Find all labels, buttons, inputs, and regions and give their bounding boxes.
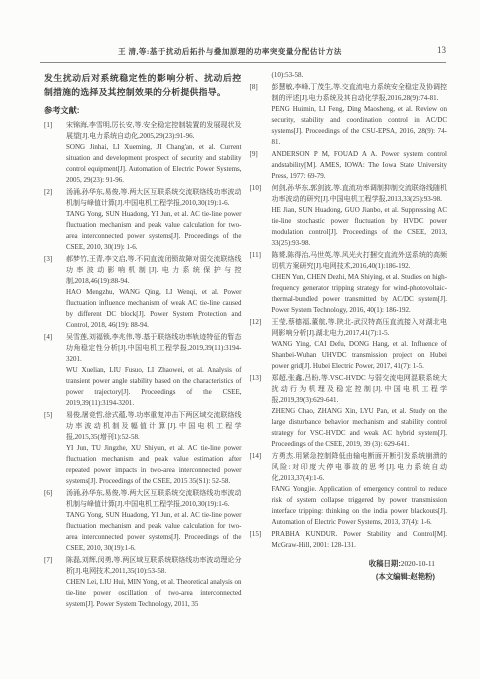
reference-line: 陈磊,刘辉,闵勇,等.两区域互联系统联络线功率波动理论分析[J].电网技术,20…	[66, 555, 242, 577]
reference-text: (10):53-58.	[272, 70, 448, 81]
running-head: 王 清,等:基于扰动后拓扑与叠加原理的功率突变量分配估计方法 13	[40, 46, 446, 60]
reference-text: 陈磊,刘辉,闵勇,等.两区域互联系统联络线功率波动理论分析[J].电网技术,20…	[66, 555, 242, 610]
reference-number: [14]	[250, 451, 272, 462]
reference-item: [4]吴雪莲,刘福锁,李兆伟,等.基于联络线功率轨迹特征的暂态功角稳定性分析[J…	[44, 332, 242, 409]
reference-line: 汤涌,孙华东,易俊,等.两大区互联系统交流联络线功率波动机制与峰值计算[J].中…	[66, 488, 242, 510]
reference-number: [2]	[44, 187, 66, 198]
reference-text: 易俊,屠竞哲,徐式蕴,等.功率重复冲击下两区域交流联络线功率波动机制及幅值计算[…	[66, 410, 242, 487]
header-rule	[40, 62, 446, 63]
reference-item: [6]汤涌,孙华东,易俊,等.两大区互联系统交流联络线功率波动机制与峰值计算[J…	[44, 488, 242, 554]
reference-item: [14]方勇杰.用紧急控制降低由输电断面开断引发系统崩溃的风险:对印度大停电事故…	[250, 451, 448, 528]
reference-line: SONG Jinhai, LI Xueming, JI Chang'an, et…	[66, 142, 242, 186]
reference-line: YI Jun, TU Jingzhe, XU Shiyun, et al. AC…	[66, 443, 242, 487]
reference-number: [15]	[250, 529, 272, 540]
reference-number: [4]	[44, 332, 66, 343]
reference-line: 汤涌,孙华东,易俊,等.两大区互联系统交流联络线功率波动机制与峰值计算[J].中…	[66, 187, 242, 209]
reference-item: (10):53-58.	[250, 70, 448, 81]
reference-text: 汤涌,孙华东,易俊,等.两大区互联系统交流联络线功率波动机制与峰值计算[J].中…	[66, 488, 242, 554]
reference-text: PRABHA KUNDUR. Power Stability and Contr…	[272, 529, 448, 551]
reference-item: [1]宋锦海,李雪明,厉长安,等.安全稳定控制装置的发展现状及展望[J].电力系…	[44, 120, 242, 186]
reference-text: 陈赟,陈得治,马世英,等.风光火打捆交直流外送系统的高频切机方案研究[J].电网…	[272, 250, 448, 316]
reference-item: [7]陈磊,刘辉,闵勇,等.两区域互联系统联络线功率波动理论分析[J].电网技术…	[44, 555, 242, 610]
received-date-line: 收稿日期:2020-10-11	[250, 557, 436, 570]
reference-line: 郑超,张鑫,吕盼,等.VSC-HVDC 与弱交流电网混联系统大扰动行为机理及稳定…	[272, 373, 448, 406]
reference-line: (10):53-58.	[272, 70, 448, 81]
reference-line: HAO Mengzhu, WANG Qing, LI Wenqi, et al.…	[66, 287, 242, 331]
reference-item: [9]ANDERSON P M, FOUAD A A. Power system…	[250, 149, 448, 182]
editor-note: (本文编辑:赵艳粉)	[250, 570, 436, 583]
reference-text: 王莹,蔡德福,董航,等.陕北-武汉特高压直流接入对湖北电网影响分析[J].湖北电…	[272, 317, 448, 372]
reference-line: WU Xuelian, LIU Fusuo, LI Zhaowei, et al…	[66, 365, 242, 409]
references-list-right: (10):53-58.[8]彭慧敏,李峰,丁茂生,等.交直流电力系统安全稳定及协…	[250, 70, 448, 551]
reference-line: 郝梦竹,王青,李文启,等.不同直流闭锁故障对弱交流联络线功率波动影响机制[J].…	[66, 254, 242, 287]
reference-text: 郑超,张鑫,吕盼,等.VSC-HVDC 与弱交流电网混联系统大扰动行为机理及稳定…	[272, 373, 448, 450]
article-footer: 收稿日期:2020-10-11 (本文编辑:赵艳粉)	[250, 557, 448, 583]
page-number: 13	[437, 45, 446, 55]
reference-text: 彭慧敏,李峰,丁茂生,等.交直流电力系统安全稳定及协调控制的评述[J].电力系统…	[272, 82, 448, 148]
reference-number: [12]	[250, 317, 272, 328]
reference-line: 宋锦海,李雪明,厉长安,等.安全稳定控制装置的发展现状及展望[J].电力系统自动…	[66, 120, 242, 142]
reference-text: 汤涌,孙华东,易俊,等.两大区互联系统交流联络线功率波动机制与峰值计算[J].中…	[66, 187, 242, 253]
received-date-label: 收稿日期:	[369, 559, 401, 568]
reference-number: [9]	[250, 149, 272, 160]
reference-number: [10]	[250, 183, 272, 194]
reference-item: [10]何剑,孙华东,郭剑波,等.直流功率调制抑制交流联络线随机功率波动的研究[…	[250, 183, 448, 249]
reference-item: [13]郑超,张鑫,吕盼,等.VSC-HVDC 与弱交流电网混联系统大扰动行为机…	[250, 373, 448, 450]
reference-number: [6]	[44, 488, 66, 499]
reference-number: [11]	[250, 250, 272, 261]
left-column: 发生扰动后对系统稳定性的影响分析、扰动后控制措施的选择及其控制效果的分析提供指导…	[44, 70, 242, 679]
reference-item: [8]彭慧敏,李峰,丁茂生,等.交直流电力系统安全稳定及协调控制的评述[J].电…	[250, 82, 448, 148]
reference-item: [2]汤涌,孙华东,易俊,等.两大区互联系统交流联络线功率波动机制与峰值计算[J…	[44, 187, 242, 253]
reference-item: [15]PRABHA KUNDUR. Power Stability and C…	[250, 529, 448, 551]
reference-number: [8]	[250, 82, 272, 93]
reference-line: CHEN Lei, LIU Hui, MIN Yong, et al. Theo…	[66, 577, 242, 610]
reference-line: CHEN Yun, CHEN Dezhi, MA Shiying, et al.…	[272, 272, 448, 316]
reference-text: ANDERSON P M, FOUAD A A. Power system co…	[272, 149, 448, 182]
reference-number: [3]	[44, 254, 66, 265]
reference-text: 方勇杰.用紧急控制降低由输电断面开断引发系统崩溃的风险:对印度大停电事故的思考[…	[272, 451, 448, 528]
reference-line: 何剑,孙华东,郭剑波,等.直流功率调制抑制交流联络线随机功率波动的研究[J].中…	[272, 183, 448, 205]
reference-number: [7]	[44, 555, 66, 566]
reference-number: [13]	[250, 373, 272, 384]
intro-paragraph: 发生扰动后对系统稳定性的影响分析、扰动后控制措施的选择及其控制效果的分析提供指导…	[44, 72, 242, 99]
reference-line: WANG Ying, CAI Defu, DONG Hang, et al. I…	[272, 339, 448, 372]
received-date-value: 2020-10-11	[401, 559, 435, 568]
reference-item: [5]易俊,屠竞哲,徐式蕴,等.功率重复冲击下两区域交流联络线功率波动机制及幅值…	[44, 410, 242, 487]
reference-line: 方勇杰.用紧急控制降低由输电断面开断引发系统崩溃的风险:对印度大停电事故的思考[…	[272, 451, 448, 484]
reference-text: 郝梦竹,王青,李文启,等.不同直流闭锁故障对弱交流联络线功率波动影响机制[J].…	[66, 254, 242, 331]
reference-item: [3]郝梦竹,王青,李文启,等.不同直流闭锁故障对弱交流联络线功率波动影响机制[…	[44, 254, 242, 331]
reference-text: 吴雪莲,刘福锁,李兆伟,等.基于联络线功率轨迹特征的暂态功角稳定性分析[J].中…	[66, 332, 242, 409]
reference-number: [1]	[44, 120, 66, 131]
right-column: (10):53-58.[8]彭慧敏,李峰,丁茂生,等.交直流电力系统安全稳定及协…	[250, 70, 448, 679]
reference-text: 何剑,孙华东,郭剑波,等.直流功率调制抑制交流联络线随机功率波动的研究[J].中…	[272, 183, 448, 249]
reference-item: [11]陈赟,陈得治,马世英,等.风光火打捆交直流外送系统的高频切机方案研究[J…	[250, 250, 448, 316]
reference-line: TANG Yong, SUN Huadong, YI Jun, et al. A…	[66, 209, 242, 253]
reference-line: 彭慧敏,李峰,丁茂生,等.交直流电力系统安全稳定及协调控制的评述[J].电力系统…	[272, 82, 448, 104]
reference-text: 宋锦海,李雪明,厉长安,等.安全稳定控制装置的发展现状及展望[J].电力系统自动…	[66, 120, 242, 186]
reference-line: ANDERSON P M, FOUAD A A. Power system co…	[272, 149, 448, 182]
reference-line: 王莹,蔡德福,董航,等.陕北-武汉特高压直流接入对湖北电网影响分析[J].湖北电…	[272, 317, 448, 339]
references-list-left: [1]宋锦海,李雪明,厉长安,等.安全稳定控制装置的发展现状及展望[J].电力系…	[44, 120, 242, 610]
reference-line: 陈赟,陈得治,马世英,等.风光火打捆交直流外送系统的高频切机方案研究[J].电网…	[272, 250, 448, 272]
reference-item: [12]王莹,蔡德福,董航,等.陕北-武汉特高压直流接入对湖北电网影响分析[J]…	[250, 317, 448, 372]
running-title: 王 清,等:基于扰动后拓扑与叠加原理的功率突变量分配估计方法	[40, 46, 420, 57]
reference-line: PENG Huimin, LI Feng, Ding Maosheng, et …	[272, 104, 448, 148]
two-column-body: 发生扰动后对系统稳定性的影响分析、扰动后控制措施的选择及其控制效果的分析提供指导…	[44, 70, 447, 679]
reference-line: 易俊,屠竞哲,徐式蕴,等.功率重复冲击下两区域交流联络线功率波动机制及幅值计算[…	[66, 410, 242, 443]
reference-line: FANG Yongjie. Application of emergency c…	[272, 484, 448, 528]
reference-line: PRABHA KUNDUR. Power Stability and Contr…	[272, 529, 448, 551]
reference-line: ZHENG Chao, ZHANG Xin, LYU Pan, et al. S…	[272, 406, 448, 450]
reference-line: 吴雪莲,刘福锁,李兆伟,等.基于联络线功率轨迹特征的暂态功角稳定性分析[J].中…	[66, 332, 242, 365]
paper-page: 王 清,等:基于扰动后拓扑与叠加原理的功率突变量分配估计方法 13 发生扰动后对…	[0, 0, 480, 679]
reference-line: TANG Yong, SUN Huadong, YI Jun, et al. A…	[66, 510, 242, 554]
references-heading: 参考文献:	[44, 105, 242, 116]
reference-line: HE Jian, SUN Huadong, GUO Jianbo, et al.…	[272, 205, 448, 249]
reference-number: [5]	[44, 410, 66, 421]
